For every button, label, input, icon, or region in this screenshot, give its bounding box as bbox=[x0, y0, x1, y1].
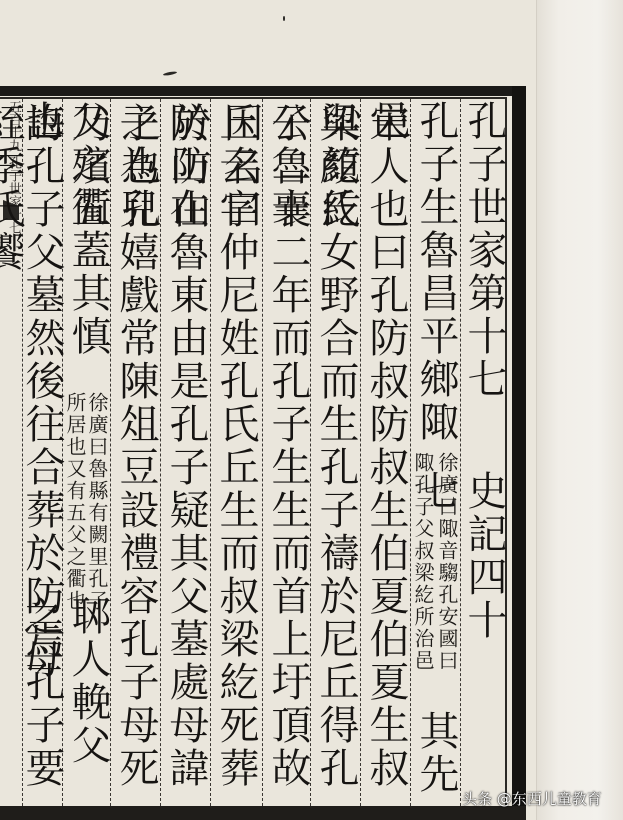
text-column-9-top: 父之衢蓋其慎也 bbox=[64, 100, 112, 390]
volume-label: 史記四十七 bbox=[460, 470, 508, 670]
top-frame-border bbox=[0, 86, 512, 96]
ink-speck bbox=[163, 71, 177, 76]
text-column-6: 丘云字仲尼姓孔氏丘生而叔梁紇死葬於防山 bbox=[212, 102, 260, 802]
text-column-5: 公二十二年而孔子生生而首上圩頂故因名曰 bbox=[264, 102, 312, 802]
text-column-4: 與顏氏女野合而生孔子禱於尼丘得孔子魯襄 bbox=[312, 102, 360, 802]
text-column-2-bottom: 其先 bbox=[412, 710, 460, 810]
ink-speck bbox=[283, 16, 285, 21]
watermark: 头条 @东西儿童教育 bbox=[462, 788, 602, 809]
adjacent-page-edge bbox=[536, 0, 623, 820]
commentary-note-left: 陬孔子父叔梁紇所治邑 bbox=[412, 452, 434, 692]
text-column-7: 防山在魯東由是孔子疑其父墓處母諱之也孔 bbox=[162, 102, 210, 802]
text-column-8: 子為兒嬉戲常陳俎豆設禮容孔子母死乃殯五 bbox=[112, 102, 160, 802]
book-page: 五百十九 孔子世家十七 孔子世家第十七 史記四十七 孔子生魯昌平鄉陬邑 徐廣曰陬… bbox=[0, 0, 536, 820]
text-column-2-top: 孔子生魯昌平鄉陬邑 bbox=[412, 100, 460, 445]
commentary-note-right: 徐廣曰陬音騶孔安國曰 bbox=[436, 452, 458, 692]
text-column-9-bottom: 郰人輓父之母 bbox=[64, 595, 112, 805]
top-inner-rule bbox=[0, 97, 505, 99]
chapter-title: 孔子世家第十七 bbox=[460, 100, 508, 460]
text-column-3: 宋人也曰孔防叔防叔生伯夏伯夏生叔梁紇紇 bbox=[362, 102, 410, 802]
right-frame-border bbox=[512, 86, 526, 820]
text-column-10: 誨孔子父墓然後往合葬於防焉孔子要絰季氏饗 bbox=[22, 102, 62, 802]
